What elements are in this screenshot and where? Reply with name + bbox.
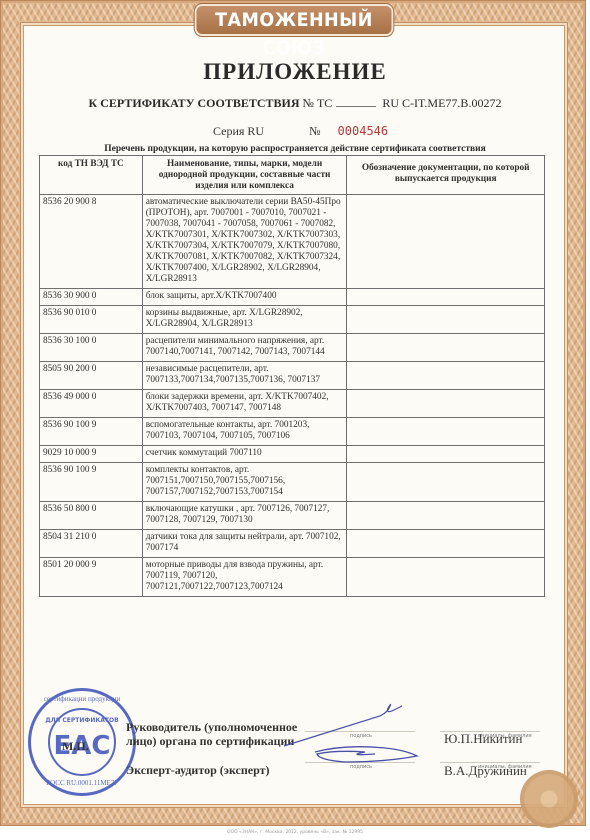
- head-name: Ю.П.Никитин: [444, 731, 522, 747]
- column-header-doc: Обозначение документации, по которой вып…: [347, 156, 545, 195]
- cell-doc: [347, 306, 545, 334]
- form-number: 0004546: [338, 124, 389, 138]
- cell-code: 8536 30 100 0: [40, 334, 143, 362]
- cell-code: 8536 90 010 0: [40, 306, 143, 334]
- certificate-label: К СЕРТИФИКАТУ СООТВЕТСТВИЯ: [89, 96, 300, 110]
- cell-doc: [347, 362, 545, 390]
- cell-name: комплекты контактов, арт. 7007151,700715…: [142, 463, 347, 502]
- cell-doc: [347, 446, 545, 463]
- cell-name: датчики тока для защиты нейтрали, арт. 7…: [142, 530, 347, 558]
- cell-name: автоматические выключатели серии ВА50-45…: [142, 195, 347, 289]
- embossed-seal-icon: [520, 770, 578, 828]
- page-title: ПРИЛОЖЕНИЕ: [0, 59, 590, 85]
- head-label-line1: Руководитель (уполномоченное: [126, 720, 297, 734]
- certificate-no-prefix: № ТС: [303, 96, 333, 110]
- table-row: 8505 90 200 0независимые расцепители, ар…: [40, 362, 545, 390]
- cell-doc: [347, 418, 545, 446]
- cell-code: 9029 10 000 9: [40, 446, 143, 463]
- cell-doc: [347, 195, 545, 289]
- cell-name: блоки задержки времени, арт. X/KTK700740…: [142, 390, 347, 418]
- series-label: Серия RU: [213, 124, 264, 138]
- stamp-small-text: ДЛЯ СЕРТИФИКАТОВ: [31, 718, 133, 724]
- table-header-row: код ТН ВЭД ТС Наименование, типы, марки,…: [40, 156, 545, 195]
- customs-union-banner: ТАМОЖЕННЫЙ СОЮЗ: [195, 4, 394, 36]
- number-sign: №: [309, 124, 320, 138]
- table-row: 8536 90 100 9вспомогательные контакты, а…: [40, 418, 545, 446]
- cell-name: вспомогательные контакты, арт. 7001203, …: [142, 418, 347, 446]
- cell-name: независимые расцепители, арт. 7007133,70…: [142, 362, 347, 390]
- cell-code: 8504 31 210 0: [40, 530, 143, 558]
- table-row: 8536 90 010 0корзины выдвижные, арт. X/L…: [40, 306, 545, 334]
- expert-signature-icon: [305, 740, 430, 770]
- cell-doc: [347, 334, 545, 362]
- cell-code: 8536 90 100 9: [40, 463, 143, 502]
- certificate-number: RU C-IT.ME77.B.00272: [382, 96, 501, 110]
- blank-underline: [336, 97, 376, 107]
- head-label-line2: лицо) органа по сертификации: [126, 734, 297, 748]
- expert-signatory-label: Эксперт-аудитор (эксперт): [126, 763, 270, 777]
- cell-code: 8505 90 200 0: [40, 362, 143, 390]
- cell-code: 8536 90 100 9: [40, 418, 143, 446]
- cell-code: 8536 20 900 8: [40, 195, 143, 289]
- cell-doc: [347, 289, 545, 306]
- cell-doc: [347, 390, 545, 418]
- table-row: 9029 10 000 9счетчик коммутаций 7007110: [40, 446, 545, 463]
- certificate-reference: К СЕРТИФИКАТУ СООТВЕТСТВИЯ № ТСRU C-IT.M…: [0, 96, 590, 111]
- products-table: код ТН ВЭД ТС Наименование, типы, марки,…: [39, 155, 545, 597]
- table-row: 8536 49 000 0блоки задержки времени, арт…: [40, 390, 545, 418]
- table-row: 8536 90 100 9комплекты контактов, арт. 7…: [40, 463, 545, 502]
- seal-place-label: М.П.: [62, 739, 89, 754]
- table-row: 8536 30 900 0блок защиты, арт.X/KTK70074…: [40, 289, 545, 306]
- series-line: Серия RU № 0004546: [213, 124, 388, 139]
- cell-name: моторные приводы для взвода пружины, арт…: [142, 558, 347, 597]
- stamp-reg-number: РОСС RU.0001.11МЕ77: [31, 779, 133, 787]
- cell-name: включающие катушки , арт. 7007126, 70071…: [142, 502, 347, 530]
- list-caption: Перечень продукции, на которую распростр…: [0, 144, 590, 154]
- expert-name: В.А.Дружинин: [444, 763, 527, 779]
- head-signatory-label: Руководитель (уполномоченное лицо) орган…: [126, 720, 297, 748]
- table-row: 8504 31 210 0датчики тока для защиты ней…: [40, 530, 545, 558]
- table-row: 8501 20 000 9моторные приводы для взвода…: [40, 558, 545, 597]
- column-header-name: Наименование, типы, марки, модели одноро…: [142, 156, 347, 195]
- cell-code: 8536 49 000 0: [40, 390, 143, 418]
- cell-name: блок защиты, арт.X/KTK7007400: [142, 289, 347, 306]
- table-row: 8536 20 900 8автоматические выключатели …: [40, 195, 545, 289]
- cell-code: 8536 30 900 0: [40, 289, 143, 306]
- cell-name: расцепители минимального напряжения, арт…: [142, 334, 347, 362]
- cell-name: корзины выдвижные, арт. X/LGR28902, X/LG…: [142, 306, 347, 334]
- table-row: 8536 50 800 0включающие катушки , арт. 7…: [40, 502, 545, 530]
- cell-code: 8536 50 800 0: [40, 502, 143, 530]
- column-header-code: код ТН ВЭД ТС: [40, 156, 143, 195]
- cell-doc: [347, 502, 545, 530]
- cell-name: счетчик коммутаций 7007110: [142, 446, 347, 463]
- stamp-top-arc: сертификации продукции: [31, 695, 133, 703]
- cell-code: 8501 20 000 9: [40, 558, 143, 597]
- cell-doc: [347, 530, 545, 558]
- printer-imprint: ООО «ЗНАК», г. Москва, 2012, уровень «В»…: [0, 830, 590, 835]
- table-row: 8536 30 100 0расцепители минимального на…: [40, 334, 545, 362]
- cell-doc: [347, 463, 545, 502]
- cell-doc: [347, 558, 545, 597]
